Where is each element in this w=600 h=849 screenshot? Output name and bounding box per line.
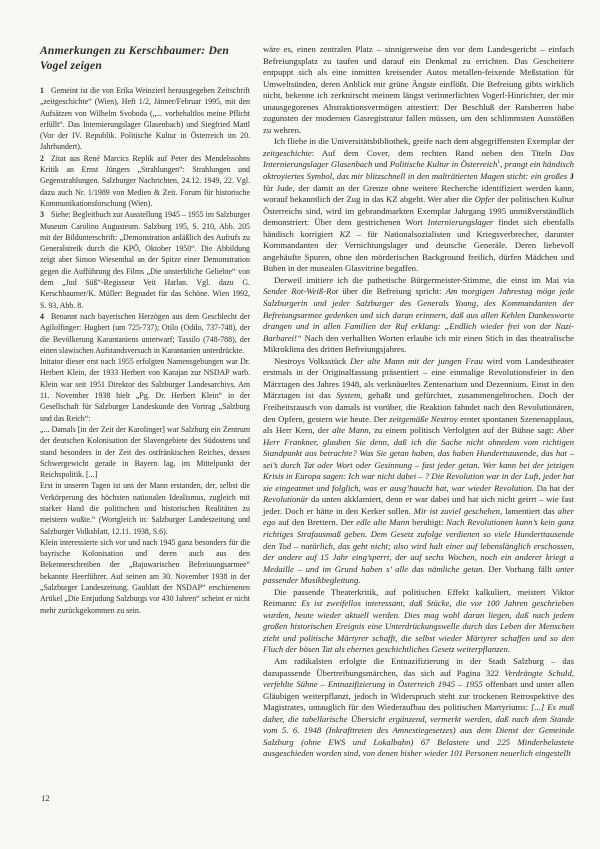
text-run: Der Vorhang fällt: [485, 564, 556, 574]
main-paragraphs: wäre es, einen zentralen Platz – sinnige…: [263, 44, 574, 760]
footnote: 4Benannt nach bayerischen Herzögen aus d…: [40, 311, 250, 356]
text-run: edle alte Mann: [356, 517, 409, 527]
footnote-text: Gemeint ist die von Erika Weinzierl hera…: [40, 86, 250, 151]
footnote: 3Siehe: Begleitbuch zur Ausstellung 1945…: [40, 209, 250, 311]
text-run: Ich fliehe in die Universitätsbibliothek…: [274, 136, 574, 146]
text-run: lamentiert das: [502, 506, 557, 516]
text-run: Mir ist zuviel geschehen,: [414, 506, 502, 516]
text-run: Politische Kultur in Österreich: [390, 159, 498, 169]
paragraph: wäre es, einen zentralen Platz – sinnige…: [263, 44, 574, 136]
text-run: auf den Brettern. Der: [276, 517, 357, 527]
two-column-layout: Anmerkungen zu Kerschbaumer: Den Vogel z…: [40, 44, 574, 760]
footnote-number: 3: [40, 210, 51, 219]
page-number: 12: [41, 793, 50, 803]
text-run: alte Mann: [332, 425, 369, 435]
text-run: Der alte Mann mit der jungen Frau: [350, 356, 483, 366]
footnote: „... Damals [in der Zeit der Karolinger]…: [40, 424, 250, 480]
footnote: 2Zitat aus René Marcics Replik auf Peter…: [40, 153, 250, 209]
text-run: , zu einem politisch Verfolgten auf der …: [369, 425, 557, 435]
text-run: beruhigt:: [409, 517, 446, 527]
footnote-text: Erst in unseren Tagen ist uns der Mann e…: [40, 481, 250, 535]
text-run: J: [570, 171, 574, 181]
text-run: Es ist zweifellos interessant, daß Stück…: [263, 598, 574, 654]
footnote: 1Gemeint ist die von Erika Weinzierl her…: [40, 85, 250, 153]
text-run: Aber Herr Frankner, glauben Sie denn, da…: [263, 425, 574, 493]
text-run: über die Befreiung spricht:: [338, 286, 445, 296]
footnote-text: Siehe: Begleitbuch zur Ausstellung 1945 …: [40, 210, 250, 309]
footnote-text: Benannt nach bayerischen Herzögen aus de…: [40, 312, 250, 355]
footnote-text: Zitat aus René Marcics Replik auf Peter …: [40, 154, 250, 208]
paragraph: Ich fliehe in die Universitätsbibliothek…: [263, 136, 574, 275]
footnote-text: Initator dieser erst nach 1955 erfolgten…: [40, 357, 250, 422]
text-run: zeitgemäße Nestroy: [389, 414, 457, 424]
text-run: Nestroys Volksstück: [274, 356, 350, 366]
main-text-column: wäre es, einen zentralen Platz – sinnige…: [263, 44, 574, 760]
footnote: Erst in unseren Tagen ist uns der Mann e…: [40, 480, 250, 536]
text-run: Nach den verhallten Worten erlaube ich m…: [263, 333, 574, 355]
text-run: Internierungslager: [428, 217, 494, 227]
footnote-text: Klein interessierte sich vor und nach 19…: [40, 538, 250, 615]
footnote-text: „... Damals [in der Zeit der Karolinger]…: [40, 425, 250, 479]
footnote-number: 4: [40, 312, 51, 321]
footnote: Initator dieser erst nach 1955 erfolgten…: [40, 356, 250, 424]
footnotes-title: Anmerkungen zu Kerschbaumer: Den Vogel z…: [40, 44, 250, 73]
text-run: und: [372, 159, 389, 169]
text-run: Opfer: [475, 194, 495, 204]
footnotes-column: Anmerkungen zu Kerschbaumer: Den Vogel z…: [40, 44, 250, 760]
text-run: zeitgeschichte: [263, 148, 312, 158]
text-run: : Auf dem Cover, dem rechten Rand neben …: [312, 148, 560, 158]
footnotes-list: 1Gemeint ist die von Erika Weinzierl her…: [40, 85, 250, 616]
paragraph: Am radikalsten erfolgte die Entnazifizie…: [263, 656, 574, 760]
text-run: wäre es, einen zentralen Platz – sinnige…: [263, 44, 574, 135]
text-run: Derweil imitiere ich die pathetische Bür…: [274, 275, 574, 285]
text-run: Revolutionär: [263, 494, 308, 504]
text-run: Sender Rot-Weiß-Rot: [263, 286, 338, 296]
text-run: Da hat der: [534, 483, 574, 493]
footnote: Klein interessierte sich vor und nach 19…: [40, 537, 250, 616]
paragraph: Nestroys Volksstück Der alte Mann mit de…: [263, 356, 574, 587]
book-page: Anmerkungen zu Kerschbaumer: Den Vogel z…: [0, 0, 600, 849]
paragraph: Die passende Theaterkritik, auf politisc…: [263, 587, 574, 656]
footnote-number: 2: [40, 154, 51, 163]
paragraph: Derweil imitiere ich die pathetische Bür…: [263, 275, 574, 356]
text-run: System: [336, 390, 360, 400]
text-run: KZ: [340, 229, 351, 239]
footnote-number: 1: [40, 86, 51, 95]
